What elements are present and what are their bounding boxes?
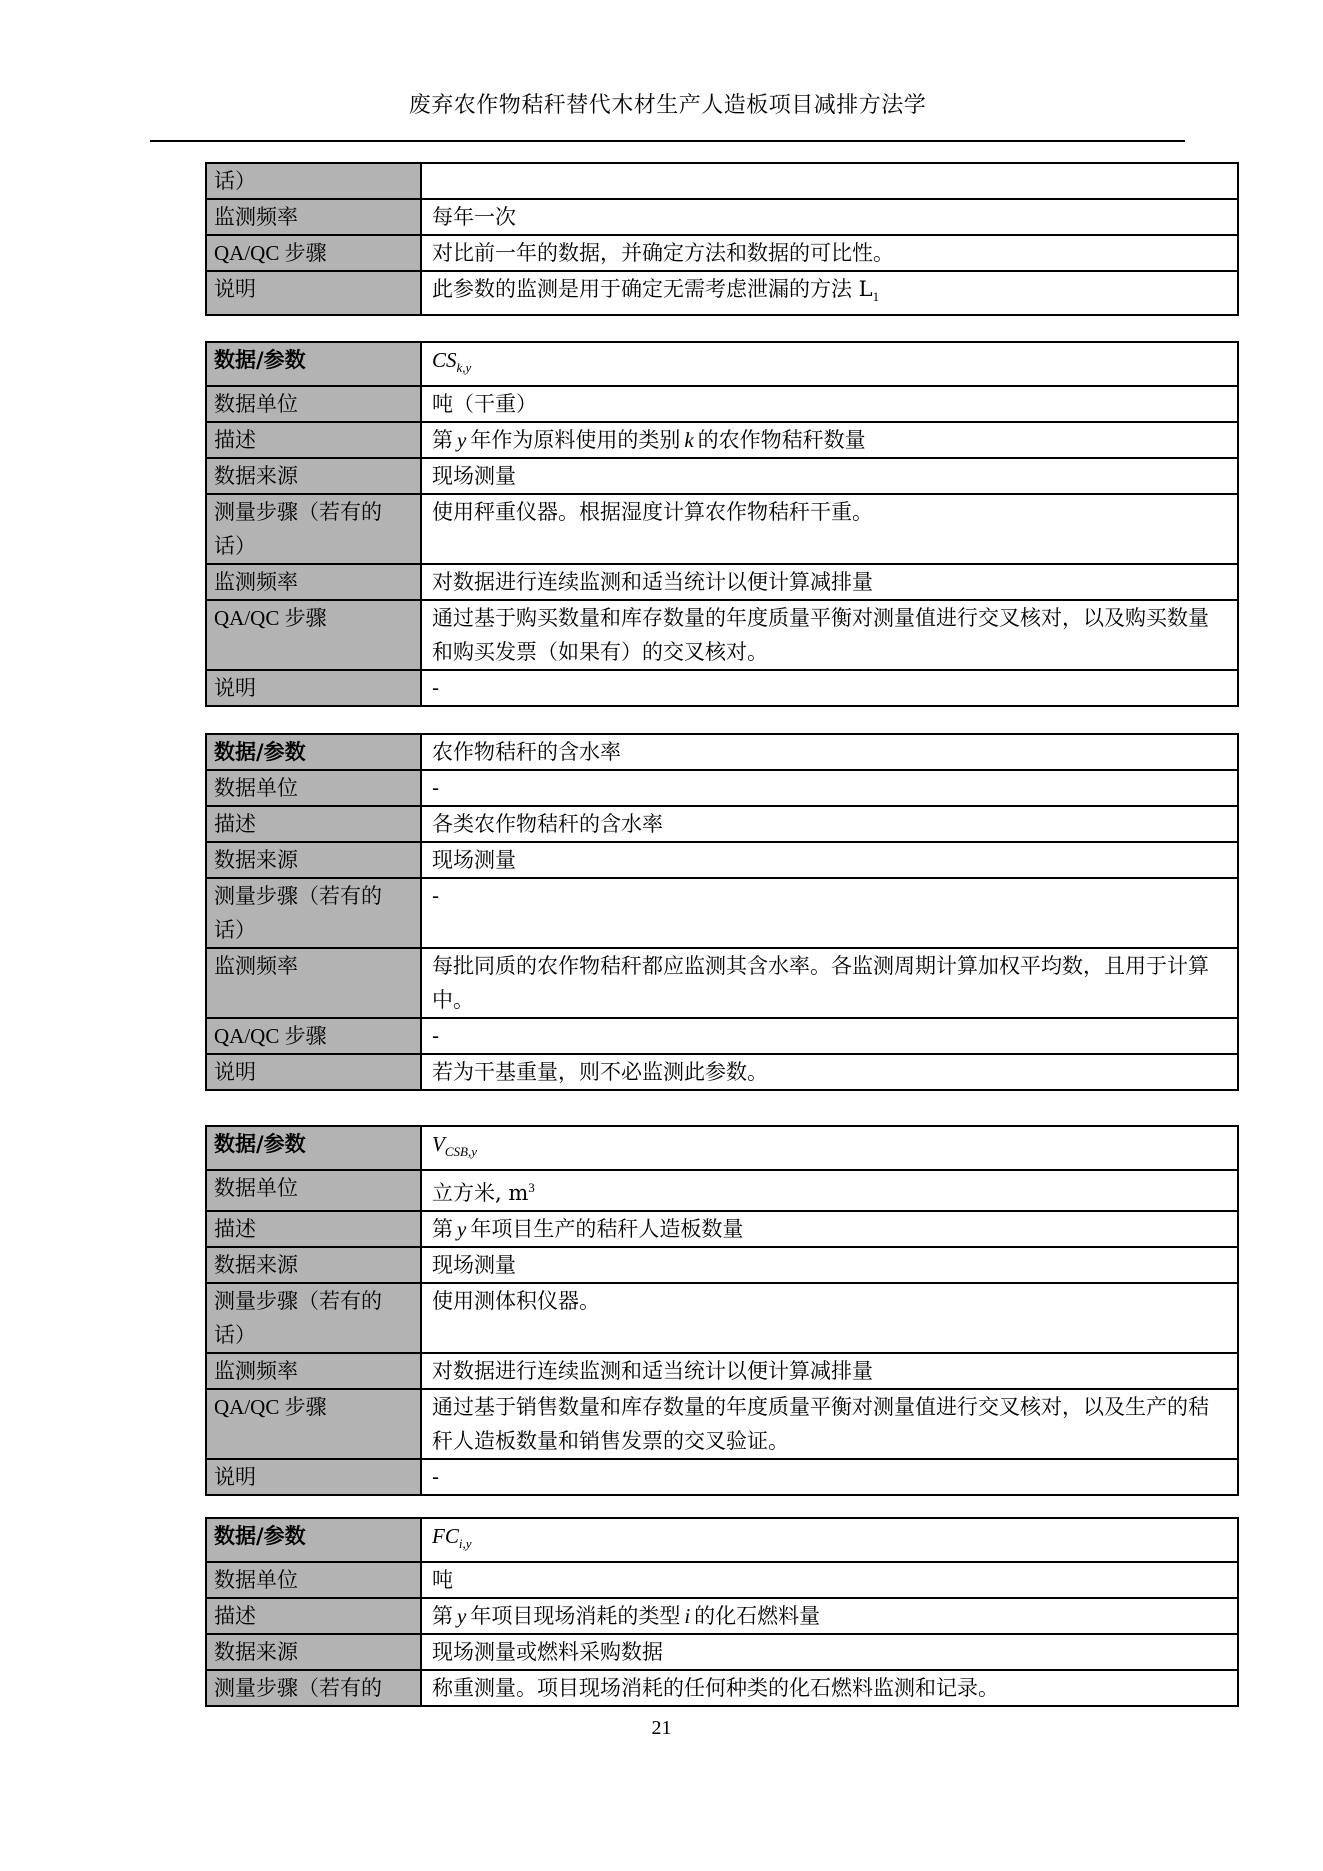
unit-label: 数据单位 (206, 1170, 421, 1211)
table-row: 监测频率 对数据进行连续监测和适当统计以便计算减排量 (206, 1353, 1238, 1389)
frequency-label: 监测频率 (206, 1353, 421, 1389)
page-number: 21 (0, 1717, 1323, 1740)
table-row: 数据来源 现场测量或燃料采购数据 (206, 1634, 1238, 1670)
table-row: 测量步骤（若有的话） 使用测体积仪器。 (206, 1283, 1238, 1353)
desc-label: 描述 (206, 806, 421, 842)
table-row: 测量步骤（若有的 称重测量。项目现场消耗的任何种类的化石燃料监测和记录。 (206, 1670, 1238, 1706)
qaqc-value: 通过基于销售数量和库存数量的年度质量平衡对测量值进行交叉核对，以及生产的秸秆人造… (421, 1389, 1238, 1459)
table-row: QA/QC 步骤 对比前一年的数据，并确定方法和数据的可比性。 (206, 235, 1238, 271)
parameter-table-continued: 话） 监测频率 每年一次 QA/QC 步骤 对比前一年的数据，并确定方法和数据的… (205, 162, 1239, 316)
source-label: 数据来源 (206, 842, 421, 878)
qaqc-label: QA/QC 步骤 (206, 1018, 421, 1054)
table-row: 测量步骤（若有的话） - (206, 878, 1238, 948)
qaqc-value: - (421, 1018, 1238, 1054)
note-label: 说明 (206, 1054, 421, 1090)
table-row: QA/QC 步骤 通过基于销售数量和库存数量的年度质量平衡对测量值进行交叉核对，… (206, 1389, 1238, 1459)
note-label: 说明 (206, 1459, 421, 1495)
param-label: 数据/参数 (206, 1126, 421, 1170)
table-row: 描述 第y年项目生产的秸秆人造板数量 (206, 1211, 1238, 1247)
param-label: 数据/参数 (206, 342, 421, 386)
desc-label: 描述 (206, 422, 421, 458)
row-label: QA/QC 步骤 (206, 235, 421, 271)
source-value: 现场测量或燃料采购数据 (421, 1634, 1238, 1670)
table-row: QA/QC 步骤 - (206, 1018, 1238, 1054)
table-row: 数据/参数 FCi,y (206, 1518, 1238, 1562)
procedure-label: 测量步骤（若有的 (206, 1670, 421, 1706)
desc-value: 第y年项目现场消耗的类型i的化石燃料量 (421, 1598, 1238, 1634)
qaqc-value: 通过基于购买数量和库存数量的年度质量平衡对测量值进行交叉核对，以及购买数量和购买… (421, 600, 1238, 670)
table-row: 说明 - (206, 1459, 1238, 1495)
qaqc-label: QA/QC 步骤 (206, 600, 421, 670)
unit-label: 数据单位 (206, 386, 421, 422)
procedure-value: 称重测量。项目现场消耗的任何种类的化石燃料监测和记录。 (421, 1670, 1238, 1706)
table-row: 数据来源 现场测量 (206, 1247, 1238, 1283)
procedure-label: 测量步骤（若有的话） (206, 1283, 421, 1353)
table-row: 监测频率 每批同质的农作物秸秆都应监测其含水率。各监测周期计算加权平均数，且用于… (206, 948, 1238, 1018)
table-row: 监测频率 对数据进行连续监测和适当统计以便计算减排量 (206, 564, 1238, 600)
row-value (421, 163, 1238, 199)
qaqc-label: QA/QC 步骤 (206, 1389, 421, 1459)
unit-label: 数据单位 (206, 1562, 421, 1598)
note-value: - (421, 1459, 1238, 1495)
desc-value: 第y年项目生产的秸秆人造板数量 (421, 1211, 1238, 1247)
source-value: 现场测量 (421, 1247, 1238, 1283)
table-row: 数据/参数 VCSB,y (206, 1126, 1238, 1170)
desc-label: 描述 (206, 1211, 421, 1247)
table-row: QA/QC 步骤 通过基于购买数量和库存数量的年度质量平衡对测量值进行交叉核对，… (206, 600, 1238, 670)
procedure-label: 测量步骤（若有的话） (206, 494, 421, 564)
procedure-value: 使用测体积仪器。 (421, 1283, 1238, 1353)
param-symbol: CSk,y (421, 342, 1238, 386)
param-label: 数据/参数 (206, 1518, 421, 1562)
table-row: 说明 此参数的监测是用于确定无需考虑泄漏的方法 L1 (206, 271, 1238, 315)
table-row: 描述 各类农作物秸秆的含水率 (206, 806, 1238, 842)
unit-value: 吨 (421, 1562, 1238, 1598)
procedure-value: 使用秤重仪器。根据湿度计算农作物秸秆干重。 (421, 494, 1238, 564)
table-row: 数据单位 立方米, m3 (206, 1170, 1238, 1211)
row-value: 每年一次 (421, 199, 1238, 235)
source-label: 数据来源 (206, 1247, 421, 1283)
note-value: 若为干基重量，则不必监测此参数。 (421, 1054, 1238, 1090)
frequency-value: 对数据进行连续监测和适当统计以便计算减排量 (421, 564, 1238, 600)
procedure-value: - (421, 878, 1238, 948)
row-label: 话） (206, 163, 421, 199)
table-row: 描述 第y年项目现场消耗的类型i的化石燃料量 (206, 1598, 1238, 1634)
table-row: 数据单位 吨 (206, 1562, 1238, 1598)
desc-label: 描述 (206, 1598, 421, 1634)
source-label: 数据来源 (206, 458, 421, 494)
desc-value: 第y年作为原料使用的类别k的农作物秸秆数量 (421, 422, 1238, 458)
note-label: 说明 (206, 670, 421, 706)
table-row: 说明 - (206, 670, 1238, 706)
parameter-table-moisture: 数据/参数 农作物秸秆的含水率 数据单位 - 描述 各类农作物秸秆的含水率 数据… (205, 733, 1239, 1091)
row-value: 此参数的监测是用于确定无需考虑泄漏的方法 L1 (421, 271, 1238, 315)
parameter-table-fc: 数据/参数 FCi,y 数据单位 吨 描述 第y年项目现场消耗的类型i的化石燃料… (205, 1517, 1239, 1707)
source-label: 数据来源 (206, 1634, 421, 1670)
unit-value: 立方米, m3 (421, 1170, 1238, 1211)
table-row: 话） (206, 163, 1238, 199)
table-row: 数据来源 现场测量 (206, 458, 1238, 494)
param-symbol: FCi,y (421, 1518, 1238, 1562)
table-row: 数据来源 现场测量 (206, 842, 1238, 878)
table-row: 监测频率 每年一次 (206, 199, 1238, 235)
table-row: 说明 若为干基重量，则不必监测此参数。 (206, 1054, 1238, 1090)
note-text: 此参数的监测是用于确定无需考虑泄漏的方法 L (432, 277, 873, 301)
row-label: 监测频率 (206, 199, 421, 235)
param-label: 数据/参数 (206, 734, 421, 770)
frequency-value: 对数据进行连续监测和适当统计以便计算减排量 (421, 1353, 1238, 1389)
procedure-label: 测量步骤（若有的话） (206, 878, 421, 948)
table-row: 数据单位 吨（干重） (206, 386, 1238, 422)
param-symbol: VCSB,y (421, 1126, 1238, 1170)
param-name: 农作物秸秆的含水率 (421, 734, 1238, 770)
row-label: 说明 (206, 271, 421, 315)
source-value: 现场测量 (421, 458, 1238, 494)
note-value: - (421, 670, 1238, 706)
header-divider (150, 140, 1185, 142)
source-value: 现场测量 (421, 842, 1238, 878)
page-header-title: 废弃农作物秸秆替代木材生产人造板项目减排方法学 (150, 88, 1185, 119)
parameter-table-vcsb: 数据/参数 VCSB,y 数据单位 立方米, m3 描述 第y年项目生产的秸秆人… (205, 1125, 1239, 1496)
note-subscript: 1 (873, 289, 880, 304)
frequency-label: 监测频率 (206, 564, 421, 600)
table-row: 数据单位 - (206, 770, 1238, 806)
frequency-value: 每批同质的农作物秸秆都应监测其含水率。各监测周期计算加权平均数，且用于计算中。 (421, 948, 1238, 1018)
unit-label: 数据单位 (206, 770, 421, 806)
table-row: 测量步骤（若有的话） 使用秤重仪器。根据湿度计算农作物秸秆干重。 (206, 494, 1238, 564)
desc-value: 各类农作物秸秆的含水率 (421, 806, 1238, 842)
table-row: 数据/参数 CSk,y (206, 342, 1238, 386)
table-row: 描述 第y年作为原料使用的类别k的农作物秸秆数量 (206, 422, 1238, 458)
parameter-table-cs: 数据/参数 CSk,y 数据单位 吨（干重） 描述 第y年作为原料使用的类别k的… (205, 341, 1239, 707)
row-value: 对比前一年的数据，并确定方法和数据的可比性。 (421, 235, 1238, 271)
frequency-label: 监测频率 (206, 948, 421, 1018)
unit-value: - (421, 770, 1238, 806)
table-row: 数据/参数 农作物秸秆的含水率 (206, 734, 1238, 770)
unit-value: 吨（干重） (421, 386, 1238, 422)
